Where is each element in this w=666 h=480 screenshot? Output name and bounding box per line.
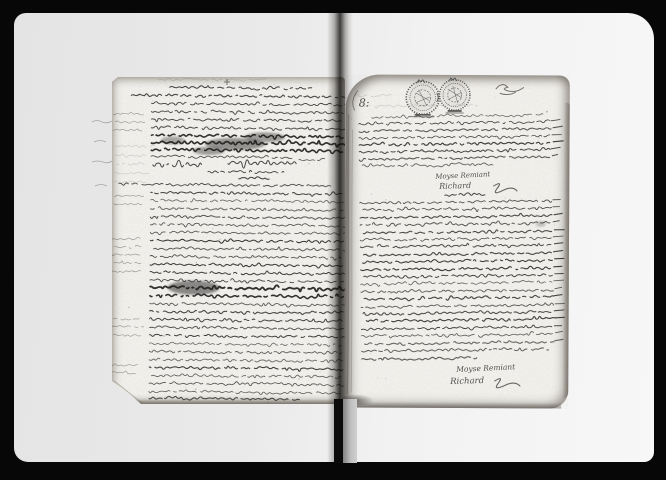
- right-page-handwriting: 8: Moyse Remiant Richard Moyse Remiant R…: [344, 74, 570, 408]
- book-clasp-strap-shadow: [334, 399, 343, 463]
- right-page: 8: Moyse Remiant Richard Moyse Remiant R…: [344, 74, 570, 408]
- signature-second-mid: Richard: [438, 181, 471, 191]
- left-page: [112, 77, 345, 404]
- folio-number: 8:: [359, 96, 370, 109]
- paper-texture: [344, 74, 570, 408]
- margin-overflow-marks: [90, 116, 114, 206]
- left-page-handwriting: [112, 77, 345, 404]
- book-clasp-strap: [343, 399, 357, 463]
- signature-second-bottom: Richard: [449, 376, 485, 387]
- scan-backdrop: 8: Moyse Remiant Richard Moyse Remiant R…: [0, 0, 666, 480]
